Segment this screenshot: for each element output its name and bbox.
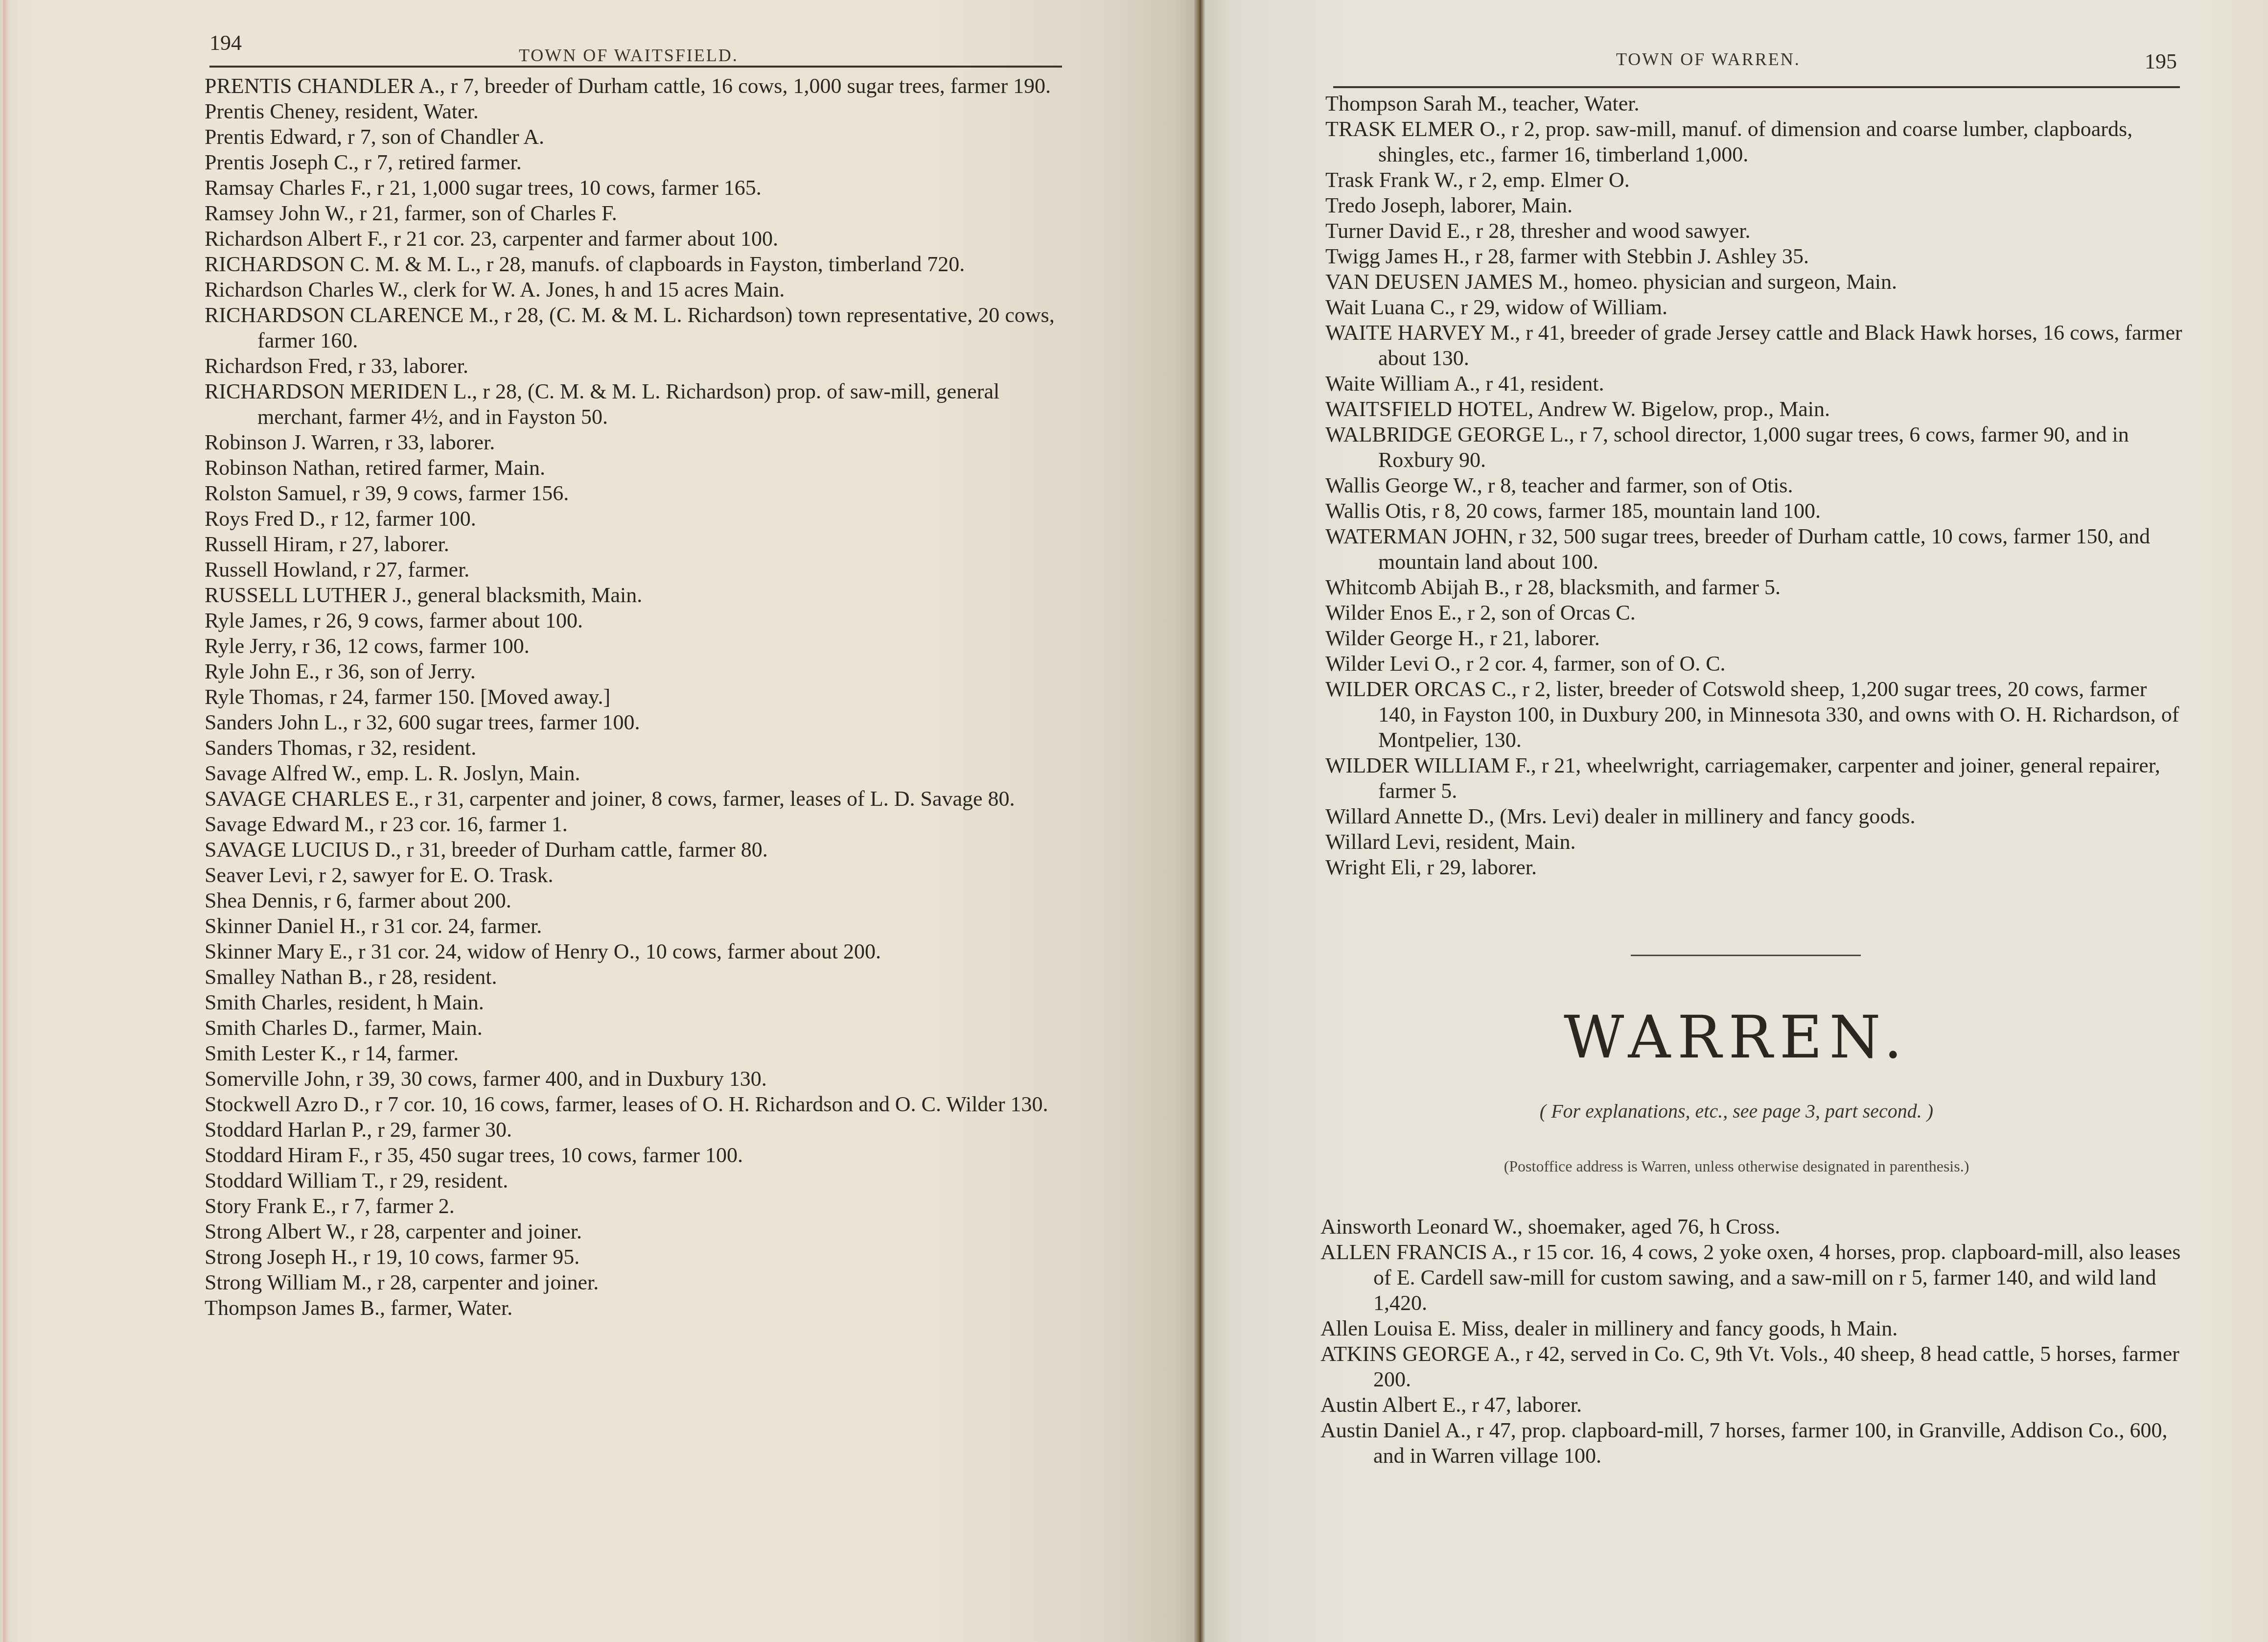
directory-entry: Ryle John E., r 36, son of Jerry. [205, 659, 1066, 684]
entry-description: r 36, son of Jerry. [320, 659, 476, 683]
entry-name: RICHARDSON MERIDEN L., [205, 379, 477, 403]
entry-name: Savage Alfred W., [205, 761, 361, 785]
entry-description: r 28, resident. [373, 965, 497, 989]
book-gutter [1194, 0, 1205, 1642]
entry-description: r 7 cor. 10, 16 cows, farmer, leases of … [370, 1092, 1048, 1116]
entry-description: r 28, manufs. of clapboards in Fayston, … [481, 252, 965, 276]
entry-name: PRENTIS CHANDLER A., [205, 74, 445, 98]
entry-description: r 21 cor. 23, carpenter and farmer about… [388, 227, 778, 251]
entry-name: TRASK ELMER O., [1325, 117, 1506, 141]
directory-entry: Sanders Thomas, r 32, resident. [205, 735, 1066, 761]
entry-name: Wilder Enos E., [1325, 601, 1462, 625]
entry-name: Russell Howland, [205, 558, 358, 582]
entry-name: Smith Charles D., [205, 1016, 359, 1040]
entry-name: Whitcomb Abijah B., [1325, 575, 1509, 599]
directory-entry: Ainsworth Leonard W., shoemaker, aged 76… [1320, 1214, 2187, 1240]
entry-description: r 21, 1,000 sugar trees, 10 cows, farmer… [371, 176, 762, 200]
entry-name: RUSSELL LUTHER J., [205, 583, 412, 607]
entry-name: Willard Annette D., [1325, 804, 1494, 828]
entry-name: Wilder Levi O., [1325, 652, 1461, 676]
directory-entry: Austin Daniel A., r 47, prop. clapboard-… [1320, 1418, 2187, 1469]
page-number: 195 [2145, 49, 2177, 74]
directory-entry: Somerville John, r 39, 30 cows, farmer 4… [205, 1066, 1066, 1092]
directory-entry: Skinner Daniel H., r 31 cor. 24, farmer. [205, 914, 1066, 939]
entry-description: r 35, 450 sugar trees, 10 cows, farmer 1… [369, 1143, 743, 1167]
entry-name: Twigg James H., [1325, 244, 1470, 268]
entry-name: Story Frank E., [205, 1194, 336, 1218]
entry-name: Austin Albert E., [1320, 1393, 1466, 1417]
directory-entry: Savage Alfred W., emp. L. R. Joslyn, Mai… [205, 761, 1066, 786]
entry-description: r 2, emp. Elmer O. [1463, 168, 1630, 192]
directory-entry: Prentis Edward, r 7, son of Chandler A. [205, 124, 1066, 150]
directory-entry: Stoddard Harlan P., r 29, farmer 30. [205, 1117, 1066, 1143]
directory-entry: Smalley Nathan B., r 28, resident. [205, 964, 1066, 990]
entry-name: Ryle Jerry, [205, 634, 297, 658]
entry-description: r 24, farmer 150. [Moved away.] [324, 685, 610, 709]
entry-name: Tredo Joseph, [1325, 193, 1445, 217]
entry-name: Turner David E., [1325, 219, 1471, 243]
entry-description: general blacksmith, Main. [412, 583, 642, 607]
entry-name: VAN DEUSEN JAMES M., [1325, 270, 1569, 294]
directory-entry: Ramsey John W., r 21, farmer, son of Cha… [205, 201, 1066, 226]
directory-entry: WATERMAN JOHN, r 32, 500 sugar trees, br… [1325, 524, 2187, 575]
entry-name: Ramsey John W., [205, 201, 354, 225]
entry-description: r 36, 12 cows, farmer 100. [297, 634, 529, 658]
entry-description: r 8, teacher and farmer, son of Otis. [1482, 473, 1793, 497]
directory-entry: RICHARDSON MERIDEN L., r 28, (C. M. & M.… [205, 379, 1066, 430]
directory-entry: Ryle Jerry, r 36, 12 cows, farmer 100. [205, 633, 1066, 659]
entry-description: r 39, 9 cows, farmer 156. [347, 481, 569, 505]
entry-description: Andrew W. Bigelow, prop., Main. [1533, 397, 1830, 421]
entry-description: dealer in millinery and fancy goods, h M… [1509, 1316, 1898, 1340]
entry-name: Smalley Nathan B., [205, 965, 373, 989]
entry-name: RICHARDSON C. M. & M. L., [205, 252, 481, 276]
entry-name: Thompson James B., [205, 1296, 385, 1320]
entry-description: laborer, Main. [1445, 193, 1573, 217]
directory-entry: Wilder Enos E., r 2, son of Orcas C. [1325, 600, 2187, 626]
entry-description: r 32, resident. [352, 736, 476, 760]
entry-description: r 31 cor. 24, widow of Henry O., 10 cows… [353, 939, 881, 963]
directory-entry: Willard Annette D., (Mrs. Levi) dealer i… [1325, 804, 2187, 829]
directory-entry: RICHARDSON CLARENCE M., r 28, (C. M. & M… [205, 303, 1066, 353]
entry-name: Stoddard William T., [205, 1169, 384, 1193]
entry-name: Ramsay Charles F., [205, 176, 371, 200]
entry-description: homeo. physician and surgeon, Main. [1569, 270, 1897, 294]
directory-entry: WAITE HARVEY M., r 41, breeder of grade … [1325, 320, 2187, 371]
directory-entry: Allen Louisa E. Miss, dealer in milliner… [1320, 1316, 2187, 1341]
entry-description: shoemaker, aged 76, h Cross. [1523, 1215, 1780, 1239]
entry-description: r 28, blacksmith, and farmer 5. [1509, 575, 1781, 599]
directory-entry: WILDER WILLIAM F., r 21, wheelwright, ca… [1325, 753, 2187, 804]
entry-description: r 31 cor. 24, farmer. [366, 914, 542, 938]
postoffice-note: (Postoffice address is Warren, unless ot… [1205, 1157, 2268, 1175]
entry-name: Wallis George W., [1325, 473, 1482, 497]
directory-entry: Robinson J. Warren, r 33, laborer. [205, 430, 1066, 455]
entry-description: r 8, 20 cows, farmer 185, mountain land … [1427, 499, 1821, 523]
directory-entry: Austin Albert E., r 47, laborer. [1320, 1392, 2187, 1418]
entry-name: ATKINS GEORGE A., [1320, 1342, 1520, 1366]
entry-description: r 6, farmer about 200. [318, 889, 511, 913]
right-page: TOWN OF WARREN. 195 Thompson Sarah M., t… [1205, 0, 2268, 1642]
entry-description: r 19, 10 cows, farmer 95. [358, 1245, 579, 1269]
entry-name: Willard Levi, [1325, 830, 1440, 854]
header-rule [1333, 86, 2180, 88]
directory-entry: Tredo Joseph, laborer, Main. [1325, 193, 2187, 218]
entry-name: Allen Louisa E. Miss, [1320, 1316, 1509, 1340]
entry-description: clerk for W. A. Jones, h and 15 acres Ma… [408, 278, 785, 302]
entry-name: Russell Hiram, [205, 532, 334, 556]
entry-name: Savage Edward M., [205, 812, 374, 836]
entry-description: r 26, 9 cows, farmer about 100. [308, 609, 583, 633]
entry-name: Ryle John E., [205, 659, 320, 683]
directory-entry: SAVAGE CHARLES E., r 31, carpenter and j… [205, 786, 1066, 812]
entry-description: r 23 cor. 16, farmer 1. [374, 812, 568, 836]
entry-name: WAITSFIELD HOTEL, [1325, 397, 1533, 421]
directory-entry: Strong Joseph H., r 19, 10 cows, farmer … [205, 1244, 1066, 1270]
entry-name: Strong William M., [205, 1270, 372, 1294]
directory-list: PRENTIS CHANDLER A., r 7, breeder of Dur… [205, 73, 1066, 1321]
directory-entry: Whitcomb Abijah B., r 28, blacksmith, an… [1325, 575, 2187, 600]
entry-name: Stockwell Azro D., [205, 1092, 370, 1116]
entry-name: Thompson Sarah M., [1325, 92, 1507, 116]
entry-name: Rolston Samuel, [205, 481, 347, 505]
directory-entry: WILDER ORCAS C., r 2, lister, breeder of… [1325, 677, 2187, 753]
directory-entry: Stockwell Azro D., r 7 cor. 10, 16 cows,… [205, 1092, 1066, 1117]
entry-name: Austin Daniel A., [1320, 1418, 1471, 1442]
entry-name: Wait Luana C., [1325, 295, 1455, 319]
section-title: WARREN. [1205, 1004, 2268, 1072]
directory-entry: Ramsay Charles F., r 21, 1,000 sugar tre… [205, 175, 1066, 201]
section-divider [1631, 955, 1861, 956]
entry-description: r 29, resident. [384, 1169, 508, 1193]
entry-description: emp. L. R. Joslyn, Main. [361, 761, 580, 785]
entry-name: WILDER ORCAS C., [1325, 677, 1517, 701]
directory-entry: Thompson Sarah M., teacher, Water. [1325, 91, 2187, 117]
entry-description: r 2, son of Orcas C. [1462, 601, 1635, 625]
directory-entry: Smith Lester K., r 14, farmer. [205, 1041, 1066, 1066]
directory-entry: RICHARDSON C. M. & M. L., r 28, manufs. … [205, 252, 1066, 277]
entry-description: r 28, carpenter and joiner. [355, 1220, 582, 1243]
directory-entry: Wallis George W., r 8, teacher and farme… [1325, 473, 2187, 498]
entry-description: r 29, laborer. [1421, 855, 1537, 879]
directory-entry: Story Frank E., r 7, farmer 2. [205, 1194, 1066, 1219]
entry-name: Shea Dennis, [205, 889, 318, 913]
entry-description: r 28, thresher and wood sawyer. [1471, 219, 1751, 243]
entry-name: Somerville John, [205, 1067, 350, 1091]
directory-entry: Sanders John L., r 32, 600 sugar trees, … [205, 710, 1066, 735]
directory-entry: Savage Edward M., r 23 cor. 16, farmer 1… [205, 812, 1066, 837]
directory-entry: Wait Luana C., r 29, widow of William. [1325, 295, 2187, 320]
directory-entry: Waite William A., r 41, resident. [1325, 371, 2187, 397]
entry-name: Richardson Albert F., [205, 227, 388, 251]
directory-entry: WALBRIDGE GEORGE L., r 7, school directo… [1325, 422, 2187, 473]
running-head: TOWN OF WARREN. [1616, 49, 1801, 70]
entry-description: resident, Main. [1440, 830, 1575, 854]
directory-entry: Prentis Cheney, resident, Water. [205, 99, 1066, 124]
directory-entry: Turner David E., r 28, thresher and wood… [1325, 218, 2187, 244]
directory-entry: VAN DEUSEN JAMES M., homeo. physician an… [1325, 269, 2187, 295]
entry-description: r 7, son of Chandler A. [342, 125, 544, 149]
directory-entry: ALLEN FRANCIS A., r 15 cor. 16, 4 cows, … [1320, 1240, 2187, 1316]
entry-description: r 47, prop. clapboard-mill, 7 horses, fa… [1373, 1418, 2167, 1468]
entry-description: r 28, farmer with Stebbin J. Ashley 35. [1470, 244, 1809, 268]
directory-entry: SAVAGE LUCIUS D., r 31, breeder of Durha… [205, 837, 1066, 863]
entry-description: r 29, widow of William. [1455, 295, 1667, 319]
entry-name: Waite William A., [1325, 372, 1481, 396]
entry-name: Richardson Fred, [205, 354, 353, 378]
entry-name: Prentis Edward, [205, 125, 342, 149]
entry-name: Robinson J. Warren, [205, 430, 379, 454]
directory-entry: Smith Charles, resident, h Main. [205, 990, 1066, 1015]
entry-name: Richardson Charles W., [205, 278, 408, 302]
directory-entry: Richardson Charles W., clerk for W. A. J… [205, 277, 1066, 303]
entry-name: Strong Joseph H., [205, 1245, 358, 1269]
entry-name: Wilder George H., [1325, 626, 1484, 650]
entry-name: Prentis Joseph C., [205, 150, 359, 174]
entry-description: r 28, carpenter and joiner. [372, 1270, 599, 1294]
directory-entry: Russell Howland, r 27, farmer. [205, 557, 1066, 583]
entry-name: WATERMAN JOHN, [1325, 524, 1513, 548]
entry-name: WAITE HARVEY M., [1325, 321, 1520, 345]
directory-entry: ATKINS GEORGE A., r 42, served in Co. C,… [1320, 1341, 2187, 1392]
entry-description: r 2, sawyer for E. O. Trask. [313, 863, 553, 887]
directory-entry: Stoddard Hiram F., r 35, 450 sugar trees… [205, 1143, 1066, 1168]
entry-description: r 21, laborer. [1484, 626, 1600, 650]
directory-entry: Skinner Mary E., r 31 cor. 24, widow of … [205, 939, 1066, 964]
entry-description: farmer, Water. [385, 1296, 512, 1320]
entry-name: Sanders Thomas, [205, 736, 352, 760]
entry-name: Prentis Cheney, [205, 99, 340, 123]
directory-entry: Richardson Albert F., r 21 cor. 23, carp… [205, 226, 1066, 252]
directory-list-warren: Ainsworth Leonard W., shoemaker, aged 76… [1320, 1214, 2187, 1469]
entry-name: Smith Charles, [205, 990, 333, 1014]
directory-entry: Richardson Fred, r 33, laborer. [205, 353, 1066, 379]
directory-entry: Wilder George H., r 21, laborer. [1325, 626, 2187, 651]
directory-list: Thompson Sarah M., teacher, Water.TRASK … [1325, 91, 2187, 880]
entry-description: teacher, Water. [1507, 92, 1640, 116]
entry-description: r 33, laborer. [379, 430, 495, 454]
entry-description: r 12, farmer 100. [325, 507, 476, 531]
entry-description: resident, Water. [340, 99, 479, 123]
entry-name: WALBRIDGE GEORGE L., [1325, 422, 1574, 446]
directory-entry: Trask Frank W., r 2, emp. Elmer O. [1325, 167, 2187, 193]
entry-description: r 33, laborer. [353, 354, 468, 378]
directory-entry: Twigg James H., r 28, farmer with Stebbi… [1325, 244, 2187, 269]
directory-entry: Stoddard William T., r 29, resident. [205, 1168, 1066, 1194]
entry-description: r 47, laborer. [1466, 1393, 1582, 1417]
entry-name: Ryle Thomas, [205, 685, 324, 709]
directory-entry: TRASK ELMER O., r 2, prop. saw-mill, man… [1325, 117, 2187, 167]
entry-name: Smith Lester K., [205, 1041, 347, 1065]
entry-description: r 14, farmer. [347, 1041, 459, 1065]
running-head: TOWN OF WAITSFIELD. [519, 45, 739, 66]
entry-name: WILDER WILLIAM F., [1325, 753, 1536, 777]
directory-entry: Willard Levi, resident, Main. [1325, 829, 2187, 855]
entry-description: r 7, retired farmer. [359, 150, 521, 174]
entry-description: r 39, 30 cows, farmer 400, and in Duxbur… [350, 1067, 767, 1091]
directory-entry: WAITSFIELD HOTEL, Andrew W. Bigelow, pro… [1325, 397, 2187, 422]
entry-description: r 41, resident. [1481, 372, 1604, 396]
directory-entry: PRENTIS CHANDLER A., r 7, breeder of Dur… [205, 73, 1066, 99]
entry-name: Wallis Otis, [1325, 499, 1427, 523]
left-page: 194 TOWN OF WAITSFIELD. PRENTIS CHANDLER… [0, 0, 1194, 1642]
directory-entry: Seaver Levi, r 2, sawyer for E. O. Trask… [205, 863, 1066, 888]
directory-entry: Ryle Thomas, r 24, farmer 150. [Moved aw… [205, 684, 1066, 710]
entry-description: retired farmer, Main. [360, 456, 545, 480]
entry-description: r 32, 600 sugar trees, farmer 100. [348, 710, 640, 734]
directory-entry: Ryle James, r 26, 9 cows, farmer about 1… [205, 608, 1066, 633]
directory-entry: Wallis Otis, r 8, 20 cows, farmer 185, m… [1325, 498, 2187, 524]
entry-name: Strong Albert W., [205, 1220, 355, 1243]
entry-name: Seaver Levi, [205, 863, 313, 887]
directory-entry: Smith Charles D., farmer, Main. [205, 1015, 1066, 1041]
entry-description: r 27, farmer. [358, 558, 469, 582]
entry-name: SAVAGE CHARLES E., [205, 787, 419, 811]
entry-name: Stoddard Hiram F., [205, 1143, 369, 1167]
entry-description: r 7, farmer 2. [336, 1194, 455, 1218]
directory-entry: Strong Albert W., r 28, carpenter and jo… [205, 1219, 1066, 1244]
directory-entry: RUSSELL LUTHER J., general blacksmith, M… [205, 583, 1066, 608]
page-number: 194 [209, 30, 242, 55]
entry-description: r 27, laborer. [334, 532, 449, 556]
entry-name: Trask Frank W., [1325, 168, 1463, 192]
entry-description: r 29, farmer 30. [372, 1118, 512, 1142]
entry-description: r 31, carpenter and joiner, 8 cows, farm… [419, 787, 1015, 811]
book-spread: 194 TOWN OF WAITSFIELD. PRENTIS CHANDLER… [0, 0, 2268, 1642]
directory-entry: Wright Eli, r 29, laborer. [1325, 855, 2187, 880]
entry-name: Ainsworth Leonard W., [1320, 1215, 1523, 1239]
directory-entry: Wilder Levi O., r 2 cor. 4, farmer, son … [1325, 651, 2187, 677]
directory-entry: Shea Dennis, r 6, farmer about 200. [205, 888, 1066, 914]
entry-name: Stoddard Harlan P., [205, 1118, 372, 1142]
entry-description: r 2 cor. 4, farmer, son of O. C. [1461, 652, 1726, 676]
entry-description: resident, h Main. [333, 990, 484, 1014]
header-rule [209, 66, 1062, 68]
entry-description: r 7, breeder of Durham cattle, 16 cows, … [445, 74, 1051, 98]
entry-description: (Mrs. Levi) dealer in millinery and fanc… [1494, 804, 1915, 828]
entry-name: Ryle James, [205, 609, 308, 633]
entry-description: farmer, Main. [359, 1016, 482, 1040]
entry-name: Wright Eli, [1325, 855, 1421, 879]
entry-description: r 21, farmer, son of Charles F. [354, 201, 617, 225]
directory-entry: Prentis Joseph C., r 7, retired farmer. [205, 150, 1066, 175]
entry-name: Roys Fred D., [205, 507, 325, 531]
entry-name: RICHARDSON CLARENCE M., [205, 303, 499, 327]
entry-description: r 31, breeder of Durham cattle, farmer 8… [401, 838, 768, 862]
entry-name: Robinson Nathan, [205, 456, 360, 480]
directory-entry: Roys Fred D., r 12, farmer 100. [205, 506, 1066, 532]
entry-name: SAVAGE LUCIUS D., [205, 838, 401, 862]
entry-name: Skinner Mary E., [205, 939, 353, 963]
directory-entry: Strong William M., r 28, carpenter and j… [205, 1270, 1066, 1295]
directory-entry: Robinson Nathan, retired farmer, Main. [205, 455, 1066, 481]
directory-entry: Russell Hiram, r 27, laborer. [205, 532, 1066, 557]
directory-entry: Rolston Samuel, r 39, 9 cows, farmer 156… [205, 481, 1066, 506]
entry-name: Skinner Daniel H., [205, 914, 366, 938]
entry-name: ALLEN FRANCIS A., [1320, 1240, 1518, 1264]
directory-entry: Thompson James B., farmer, Water. [205, 1295, 1066, 1321]
section-explanation-note: ( For explanations, etc., see page 3, pa… [1205, 1100, 2268, 1123]
entry-name: Sanders John L., [205, 710, 348, 734]
